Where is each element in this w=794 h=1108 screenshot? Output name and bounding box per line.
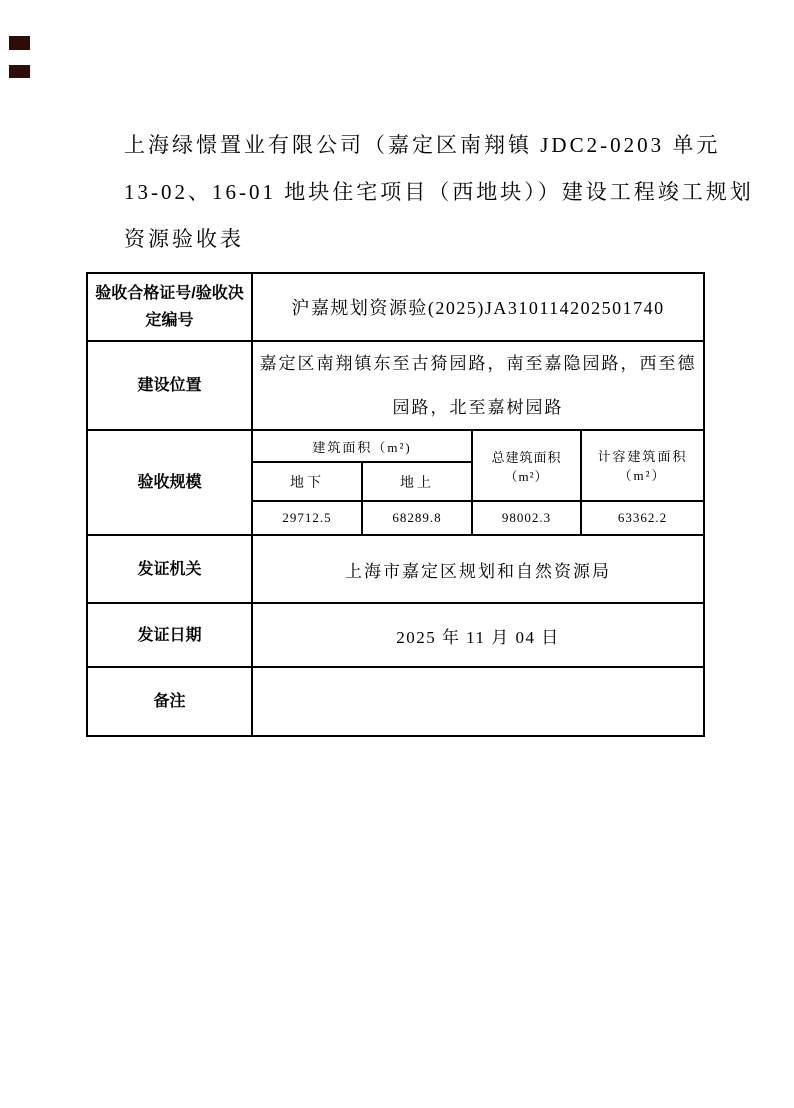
table-row-certificate: 验收合格证号/验收决定编号 沪嘉规划资源验(2025)JA31011420250… xyxy=(88,274,703,342)
floor-area-subheaders: 地下 地上 xyxy=(253,463,471,500)
underground-area-value: 29712.5 xyxy=(253,502,363,534)
table-row-location: 建设位置 嘉定区南翔镇东至古猗园路，南至嘉隐园路，西至德 园路，北至嘉树园路 xyxy=(88,342,703,431)
capacity-area-value: 63362.2 xyxy=(582,502,703,534)
aboveground-header: 地上 xyxy=(363,463,471,500)
remarks-label: 备注 xyxy=(88,668,253,735)
floor-area-group: 建筑面积（m²) 地下 地上 xyxy=(253,431,473,500)
capacity-header-line-1: 计容建筑面积 xyxy=(597,447,687,466)
construction-location-label: 建设位置 xyxy=(88,342,253,429)
construction-location-value: 嘉定区南翔镇东至古猗园路，南至嘉隐园路，西至德 园路，北至嘉树园路 xyxy=(253,342,703,429)
location-line-2: 园路，北至嘉树园路 xyxy=(393,386,564,430)
title-line-3: 资源验收表 xyxy=(124,216,702,263)
issue-date-label: 发证日期 xyxy=(88,604,253,666)
total-area-header: 总建筑面积（m²） xyxy=(473,431,582,500)
title-line-2: 13-02、16-01 地块住宅项目（西地块））建设工程竣工规划 xyxy=(124,169,702,216)
document-page: 上海绿憬置业有限公司（嘉定区南翔镇 JDC2-0203 单元 13-02、16-… xyxy=(0,0,794,1108)
aboveground-area-value: 68289.8 xyxy=(363,502,473,534)
ink-mark xyxy=(9,36,30,50)
underground-header: 地下 xyxy=(253,463,363,500)
capacity-header-line-2: （m²） xyxy=(618,466,666,485)
title-line-1: 上海绿憬置业有限公司（嘉定区南翔镇 JDC2-0203 单元 xyxy=(124,122,702,169)
acceptance-scale-label: 验收规模 xyxy=(88,431,253,534)
remarks-value xyxy=(253,668,703,735)
table-row-authority: 发证机关 上海市嘉定区规划和自然资源局 xyxy=(88,536,703,604)
table-row-date: 发证日期 2025 年 11 月 04 日 xyxy=(88,604,703,668)
table-row-scale: 验收规模 建筑面积（m²) 地下 地上 总建筑面积（m²） 计容建筑面积 （m²… xyxy=(88,431,703,536)
location-line-1: 嘉定区南翔镇东至古猗园路，南至嘉隐园路，西至德 xyxy=(260,342,697,386)
ink-mark xyxy=(9,65,30,78)
certificate-number-value: 沪嘉规划资源验(2025)JA310114202501740 xyxy=(253,274,703,340)
issuing-authority-value: 上海市嘉定区规划和自然资源局 xyxy=(253,536,703,602)
total-area-value: 98002.3 xyxy=(473,502,582,534)
issue-date-value: 2025 年 11 月 04 日 xyxy=(253,604,703,666)
certificate-number-label: 验收合格证号/验收决定编号 xyxy=(88,274,253,340)
acceptance-table: 验收合格证号/验收决定编号 沪嘉规划资源验(2025)JA31011420250… xyxy=(86,272,705,737)
issuing-authority-label: 发证机关 xyxy=(88,536,253,602)
acceptance-scale-grid: 建筑面积（m²) 地下 地上 总建筑面积（m²） 计容建筑面积 （m²） 297… xyxy=(253,431,703,534)
scale-values-row: 29712.5 68289.8 98002.3 63362.2 xyxy=(253,502,703,534)
capacity-area-header: 计容建筑面积 （m²） xyxy=(582,431,703,500)
table-row-remarks: 备注 xyxy=(88,668,703,735)
scale-header-row: 建筑面积（m²) 地下 地上 总建筑面积（m²） 计容建筑面积 （m²） xyxy=(253,431,703,502)
document-title: 上海绿憬置业有限公司（嘉定区南翔镇 JDC2-0203 单元 13-02、16-… xyxy=(124,122,702,263)
floor-area-header: 建筑面积（m²) xyxy=(253,431,471,463)
